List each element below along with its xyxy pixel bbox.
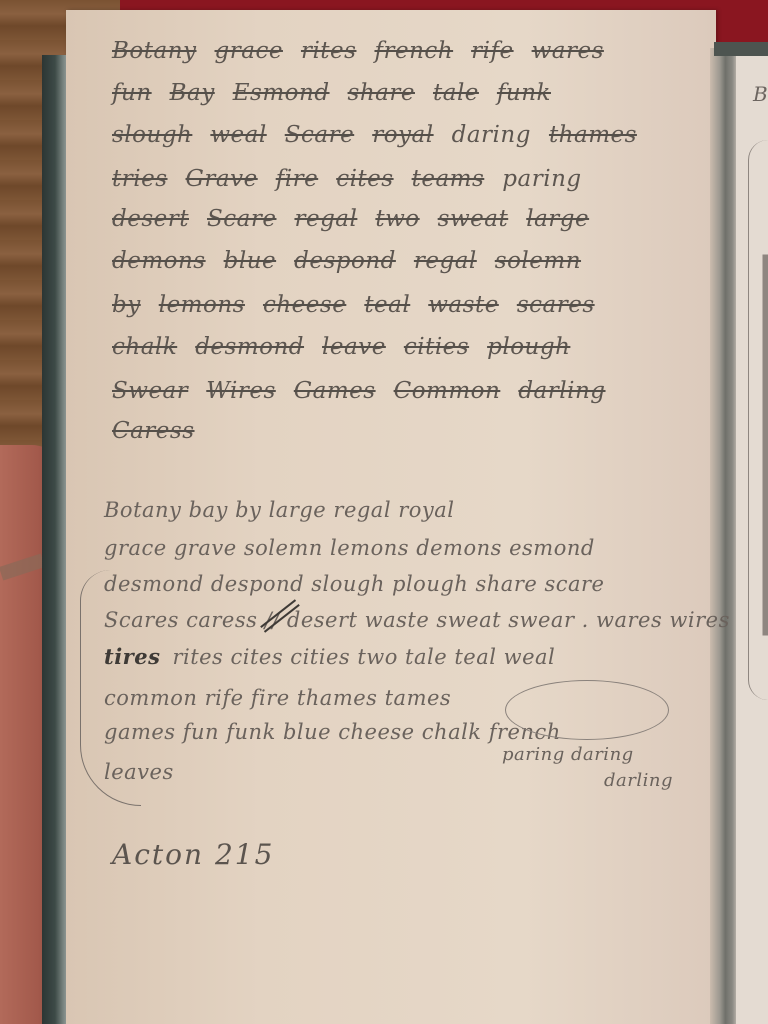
word: Games <box>294 378 376 404</box>
struck-line-1: Botany grace rites french rife wares <box>112 38 604 64</box>
word: Botany <box>112 38 197 64</box>
circled-chalk-french <box>505 680 669 740</box>
word: Bay <box>170 80 215 106</box>
word: lemons <box>159 292 245 318</box>
word: teams <box>412 166 485 192</box>
word: fun <box>112 80 152 106</box>
word: cites <box>336 166 393 192</box>
book-cover-left-edge <box>42 55 68 1024</box>
lower-line-6: common rife fire thames tames <box>104 686 451 710</box>
line-text: games fun funk blue cheese chalk french <box>104 720 561 744</box>
line-text: rites cites cities two tale teal weal <box>172 645 555 669</box>
book-gutter <box>710 48 738 1024</box>
word: darling <box>518 378 605 404</box>
word: french <box>374 38 453 64</box>
word: regal <box>294 206 357 232</box>
word: Swear <box>112 378 188 404</box>
word: cheese <box>263 292 346 318</box>
word: solemn <box>495 248 581 274</box>
word: waste <box>428 292 499 318</box>
line-text: grace grave solemn lemons demons esmond <box>104 536 595 560</box>
line-text: desmond despond slough plough share scar… <box>104 572 605 596</box>
signature: Acton 215 <box>112 838 274 871</box>
annotation-paring-daring: paring daring <box>502 744 634 765</box>
annotation-darling: darling <box>604 770 673 791</box>
lower-line-3: desmond despond slough plough share scar… <box>104 572 605 596</box>
word: despond <box>294 248 396 274</box>
word: tries <box>112 166 168 192</box>
annotation-text: paring daring <box>502 744 634 765</box>
annotation-text: darling <box>604 770 673 791</box>
word: grace <box>215 38 283 64</box>
word: Scare <box>207 206 276 232</box>
word: wares <box>532 38 604 64</box>
word: Grave <box>186 166 258 192</box>
struck-line-6: demons blue despond regal solemn <box>112 248 581 274</box>
word: rites <box>301 38 357 64</box>
line-text: Scares caress // desert waste sweat swea… <box>104 608 730 632</box>
word: Common <box>394 378 501 404</box>
lower-line-1: Botany bay by large regal royal <box>104 498 455 522</box>
lower-line-4: Scares caress // desert waste sweat swea… <box>104 608 730 632</box>
word: slough <box>112 122 192 148</box>
right-page-letter: B <box>753 82 768 106</box>
word: leave <box>322 334 386 360</box>
word: teal <box>364 292 410 318</box>
right-page-bracket <box>748 140 768 700</box>
word: Scare <box>285 122 354 148</box>
word: rife <box>471 38 513 64</box>
word: large <box>526 206 589 232</box>
word: thames <box>549 122 637 148</box>
struck-line-9: Swear Wires Games Common darling <box>112 378 606 404</box>
struck-line-5: desert Scare regal two sweat large <box>112 206 589 232</box>
word: Caress <box>112 418 195 444</box>
word: tale <box>433 80 479 106</box>
struck-line-7: by lemons cheese teal waste scares <box>112 292 595 318</box>
struck-line-8: chalk desmond leave cities plough <box>112 334 570 360</box>
word: Wires <box>206 378 276 404</box>
word: blue <box>224 248 277 274</box>
word: Esmond <box>233 80 330 106</box>
word: royal <box>372 122 433 148</box>
word: regal <box>414 248 477 274</box>
word: share <box>348 80 415 106</box>
word: by <box>112 292 141 318</box>
word: plough <box>487 334 570 360</box>
word: paring <box>502 166 581 192</box>
struck-line-10: Caress <box>112 418 195 444</box>
word: two <box>375 206 419 232</box>
word: chalk <box>112 334 177 360</box>
lower-line-2: grace grave solemn lemons demons esmond <box>104 536 595 560</box>
word: daring <box>452 122 531 148</box>
crossed-out-word-list: Botany grace rites french rife wares fun… <box>112 38 692 458</box>
reorganized-word-list: Botany bay by large regal royal grace gr… <box>104 498 704 818</box>
word: fire <box>276 166 318 192</box>
struck-line-2: fun Bay Esmond share tale funk <box>112 80 551 106</box>
left-bracket-mark <box>80 570 141 806</box>
word: cities <box>404 334 469 360</box>
line-text: Botany bay by large regal royal <box>104 498 455 522</box>
struck-line-4: tries Grave fire cites teams paring <box>112 166 582 192</box>
word: desert <box>112 206 189 232</box>
word: demons <box>112 248 206 274</box>
word: funk <box>497 80 551 106</box>
word: sweat <box>438 206 509 232</box>
word: desmond <box>195 334 304 360</box>
lower-line-5: tires rites cites cities two tale teal w… <box>104 644 555 669</box>
word: weal <box>210 122 266 148</box>
book-cover-right-top <box>714 42 768 56</box>
line-text: common rife fire thames tames <box>104 686 451 710</box>
struck-line-3: slough weal Scare royal daring thames <box>112 122 637 148</box>
lower-line-7: games fun funk blue cheese chalk french <box>104 720 561 744</box>
word: scares <box>517 292 595 318</box>
